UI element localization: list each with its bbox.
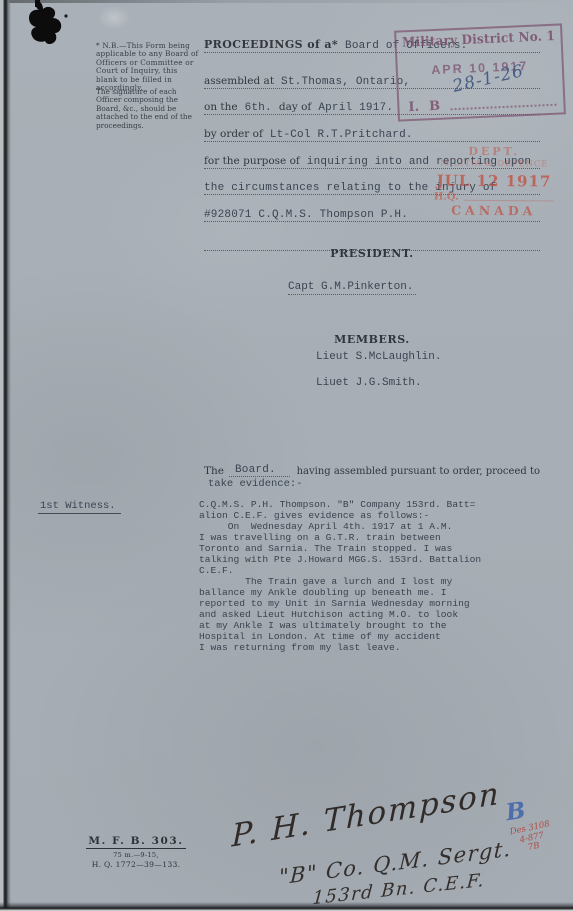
purpose-label: for the purpose of [204,155,300,167]
date-day-value: 6th. [245,102,272,114]
militia-stamp-line2: MILITIA & DEFENCE [424,158,564,169]
district-stamp-ib-row: I. B [408,94,557,115]
militia-stamp-hq-line [463,200,553,202]
margin-note-2-text: The signature of each Officer composing … [96,87,192,130]
document-page: * N.B.—This Form being applicable to any… [0,0,573,911]
witness-label: 1st Witness. [38,500,121,514]
hq-print-number: H. Q. 1772—39—133. [84,860,188,869]
margin-note-2: The signature of each Officer composing … [96,88,200,130]
the-label: The [204,465,224,477]
row-order: by order of Lt-Col R.T.Pritchard. [204,128,540,142]
order-label: by order of [204,128,263,140]
district-stamp-title: Military District No. 1 [396,28,561,50]
board-value: Board. [235,464,276,476]
member-1-name: Lieut S.McLaughlin. [316,351,444,364]
assembled-pursuant-text: having assembled pursuant to order, proc… [297,466,540,477]
ink-blot [22,0,74,58]
member-2-name: Liuet J.G.Smith. [316,377,425,390]
day-of-label: day of [279,101,311,113]
president-heading: PRESIDENT. [204,247,540,260]
militia-stamp-country: CANADA [424,202,564,218]
on-the-label: on the [204,101,238,113]
row-board-assembled: The Board. having assembled pursuant to … [204,463,540,477]
militia-stamp-hq: H.Q. [434,191,459,202]
margin-note-1-text: * N.B.—This Form being applicable to any… [96,41,198,92]
date-rest-value: April 1917. [318,102,393,114]
scan-edge-bottom [0,902,573,911]
blue-check-mark: B [504,797,527,826]
district-stamp-leader-line [450,104,556,111]
district-stamp-i: I. [408,100,419,115]
take-evidence-text: take evidence:- [208,478,306,491]
militia-defence-stamp: DEPT. MILITIA & DEFENCE JUL 12 1917 H.Q.… [424,144,565,221]
militia-stamp-date: JUL 12 1917 [424,171,564,190]
print-run-note: 75 m.—9-15, [84,851,188,859]
form-number: M. F. B. 303. [86,835,185,849]
proceedings-label: PROCEEDINGS of a* [204,38,338,51]
witness-statement: C.Q.M.S. P.H. Thompson. "B" Company 153r… [199,499,499,653]
president-name: Capt G.M.Pinkerton. [288,281,416,295]
fastener-ghost-mark [90,0,138,44]
scan-edge-left [0,0,11,911]
militia-stamp-dept: DEPT. [424,144,564,158]
purpose-line3: #928071 C.Q.M.S. Thompson P.H. [204,209,408,221]
district-stamp-b: B [429,99,441,114]
order-value: Lt-Col R.T.Pritchard. [270,129,413,141]
assembled-value: St.Thomas, Ontario, [281,76,410,88]
scan-edge-top [0,0,573,3]
assembled-label: assembled at [204,75,274,87]
form-number-block: M. F. B. 303. 75 m.—9-15, H. Q. 1772—39—… [84,829,188,869]
margin-note-1: * N.B.—This Form being applicable to any… [96,42,200,92]
members-heading: MEMBERS. [204,333,540,346]
